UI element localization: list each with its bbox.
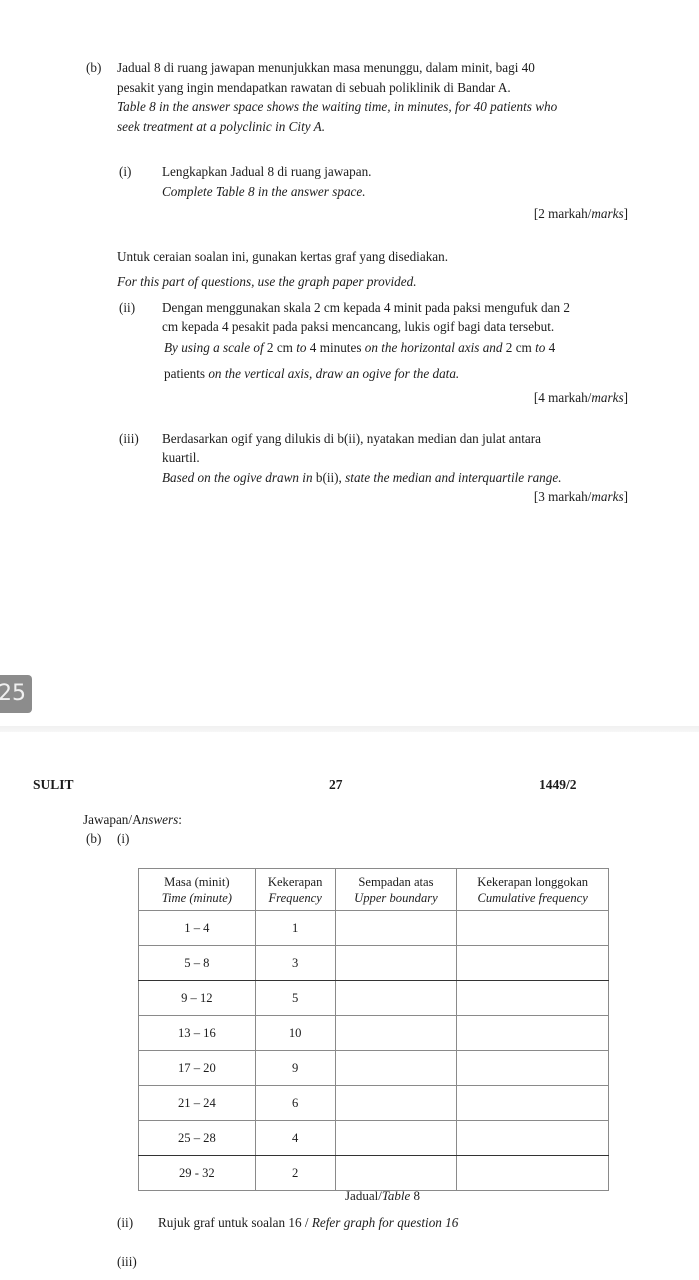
marks-word: marks bbox=[591, 390, 623, 405]
cell-upper-boundary[interactable] bbox=[335, 1086, 457, 1121]
cell-upper-boundary[interactable] bbox=[335, 911, 457, 946]
cell-time: 25 – 28 bbox=[139, 1121, 256, 1156]
cell-cumulative-frequency[interactable] bbox=[457, 911, 609, 946]
marks-suffix: ] bbox=[624, 390, 628, 405]
part-ii-ms-line2: cm kepada 4 pesakit pada paksi mencancan… bbox=[162, 318, 554, 336]
marks-word: marks bbox=[591, 489, 623, 504]
cell-time: 13 – 16 bbox=[139, 1016, 256, 1051]
intro-en-line2: seek treatment at a polyclinic in City A… bbox=[117, 118, 325, 136]
text: 4 minutes bbox=[307, 340, 365, 355]
table-row: 25 – 284 bbox=[139, 1121, 609, 1156]
part-i-marks: [2 markah/marks] bbox=[534, 206, 628, 222]
header-sulit: SULIT bbox=[33, 777, 74, 793]
cell-upper-boundary[interactable] bbox=[335, 1156, 457, 1191]
cell-frequency: 1 bbox=[255, 911, 335, 946]
part-iii-marks: [3 markah/marks] bbox=[534, 489, 628, 505]
text: patients bbox=[164, 366, 208, 381]
part-ii-marks: [4 markah/marks] bbox=[534, 390, 628, 406]
intro-en-line1: Table 8 in the answer space shows the wa… bbox=[117, 98, 557, 116]
answers-title: Jawapan/Answers: bbox=[83, 811, 182, 829]
table-row: 1 – 41 bbox=[139, 911, 609, 946]
header-cumulative-frequency: Kekerapan longgokanCumulative frequency bbox=[457, 869, 609, 911]
header-ms: Sempadan atas bbox=[358, 875, 433, 889]
cell-frequency: 3 bbox=[255, 946, 335, 981]
cell-frequency: 9 bbox=[255, 1051, 335, 1086]
answers-b-label: (b) bbox=[86, 830, 101, 848]
table-caption: Jadual/Table 8 bbox=[0, 1188, 699, 1204]
table-row: 21 – 246 bbox=[139, 1086, 609, 1121]
header-upper-boundary: Sempadan atasUpper boundary bbox=[335, 869, 457, 911]
text: Jawapan/A bbox=[83, 812, 142, 827]
text: 8 bbox=[410, 1188, 420, 1203]
cell-cumulative-frequency[interactable] bbox=[457, 1121, 609, 1156]
part-i-ms: Lengkapkan Jadual 8 di ruang jawapan. bbox=[162, 163, 371, 181]
marks-suffix: ] bbox=[624, 206, 628, 221]
text: Table bbox=[382, 1188, 410, 1203]
header-page-number: 27 bbox=[329, 777, 343, 793]
cell-cumulative-frequency[interactable] bbox=[457, 946, 609, 981]
page-number-badge: 25 bbox=[0, 675, 32, 713]
header-paper-code: 1449/2 bbox=[539, 777, 577, 793]
cell-time: 9 – 12 bbox=[139, 981, 256, 1016]
header-ms: Masa (minit) bbox=[164, 875, 229, 889]
table-8: Masa (minit)Time (minute) KekerapanFrequ… bbox=[138, 868, 609, 1191]
table-row: 29 - 322 bbox=[139, 1156, 609, 1191]
cell-upper-boundary[interactable] bbox=[335, 1121, 457, 1156]
answers-iii-label: (iii) bbox=[117, 1253, 137, 1271]
part-iii-en: Based on the ogive drawn in b(ii), state… bbox=[162, 469, 562, 487]
text: on the horizontal axis and bbox=[365, 340, 503, 355]
table-row: 9 – 125 bbox=[139, 981, 609, 1016]
header-frequency: KekerapanFrequency bbox=[255, 869, 335, 911]
header-ms: Kekerapan bbox=[268, 875, 323, 889]
header-ms: Kekerapan longgokan bbox=[477, 875, 588, 889]
cell-upper-boundary[interactable] bbox=[335, 946, 457, 981]
page-divider bbox=[0, 726, 699, 732]
cell-frequency: 2 bbox=[255, 1156, 335, 1191]
cell-time: 5 – 8 bbox=[139, 946, 256, 981]
cell-upper-boundary[interactable] bbox=[335, 981, 457, 1016]
text: state the median and interquartile range… bbox=[345, 470, 561, 485]
table-header-row: Masa (minit)Time (minute) KekerapanFrequ… bbox=[139, 869, 609, 911]
header-en: Time (minute) bbox=[162, 891, 232, 905]
cell-upper-boundary[interactable] bbox=[335, 1051, 457, 1086]
part-i-label: (i) bbox=[119, 163, 131, 181]
cell-time: 21 – 24 bbox=[139, 1086, 256, 1121]
marks-prefix: [2 markah/ bbox=[534, 206, 592, 221]
header-en: Frequency bbox=[268, 891, 321, 905]
cell-frequency: 6 bbox=[255, 1086, 335, 1121]
answers-i-label: (i) bbox=[117, 830, 129, 848]
text: : bbox=[178, 812, 182, 827]
text: nswers bbox=[142, 812, 179, 827]
marks-prefix: [3 markah/ bbox=[534, 489, 592, 504]
graph-note-ms: Untuk ceraian soalan ini, gunakan kertas… bbox=[117, 248, 448, 266]
cell-frequency: 4 bbox=[255, 1121, 335, 1156]
part-ii-label: (ii) bbox=[119, 299, 135, 317]
text: to bbox=[535, 340, 545, 355]
cell-cumulative-frequency[interactable] bbox=[457, 1016, 609, 1051]
graph-note-en: For this part of questions, use the grap… bbox=[117, 273, 417, 291]
part-iii-ms-line1: Berdasarkan ogif yang dilukis di b(ii), … bbox=[162, 430, 541, 448]
text: to bbox=[296, 340, 306, 355]
text: 2 cm bbox=[503, 340, 536, 355]
part-ii-ms-line1: Dengan menggunakan skala 2 cm kepada 4 m… bbox=[162, 299, 570, 317]
cell-time: 1 – 4 bbox=[139, 911, 256, 946]
cell-upper-boundary[interactable] bbox=[335, 1016, 457, 1051]
intro-ms-line1: Jadual 8 di ruang jawapan menunjukkan ma… bbox=[117, 59, 535, 77]
marks-prefix: [4 markah/ bbox=[534, 390, 592, 405]
text: Jadual/ bbox=[345, 1188, 382, 1203]
part-iii-label: (iii) bbox=[119, 430, 139, 448]
text: Refer graph for question 16 bbox=[312, 1215, 459, 1230]
cell-time: 17 – 20 bbox=[139, 1051, 256, 1086]
intro-ms-line2: pesakit yang ingin mendapatkan rawatan d… bbox=[117, 79, 511, 97]
cell-cumulative-frequency[interactable] bbox=[457, 1156, 609, 1191]
cell-frequency: 5 bbox=[255, 981, 335, 1016]
marks-word: marks bbox=[591, 206, 623, 221]
part-iii-ms-line2: kuartil. bbox=[162, 449, 200, 467]
part-ii-en-line2: patients on the vertical axis, draw an o… bbox=[164, 365, 459, 383]
header-en: Cumulative frequency bbox=[477, 891, 587, 905]
cell-frequency: 10 bbox=[255, 1016, 335, 1051]
header-en: Upper boundary bbox=[354, 891, 438, 905]
text: on the vertical axis, draw an ogive for … bbox=[208, 366, 459, 381]
cell-cumulative-frequency[interactable] bbox=[457, 981, 609, 1016]
text: 4 bbox=[545, 340, 555, 355]
table-row: 5 – 83 bbox=[139, 946, 609, 981]
text: By using a scale of bbox=[164, 340, 264, 355]
text: Based on the ogive drawn in bbox=[162, 470, 313, 485]
cell-cumulative-frequency[interactable] bbox=[457, 1086, 609, 1121]
text: Rujuk graf untuk soalan 16 / bbox=[158, 1215, 312, 1230]
table-row: 17 – 209 bbox=[139, 1051, 609, 1086]
text: 2 cm bbox=[264, 340, 297, 355]
part-i-en: Complete Table 8 in the answer space. bbox=[162, 183, 366, 201]
cell-cumulative-frequency[interactable] bbox=[457, 1051, 609, 1086]
table-row: 13 – 1610 bbox=[139, 1016, 609, 1051]
text: b(ii), bbox=[313, 470, 346, 485]
part-ii-en-line1: By using a scale of 2 cm to 4 minutes on… bbox=[164, 339, 555, 357]
header-time: Masa (minit)Time (minute) bbox=[139, 869, 256, 911]
marks-suffix: ] bbox=[624, 489, 628, 504]
answers-ii-label: (ii) bbox=[117, 1214, 133, 1232]
cell-time: 29 - 32 bbox=[139, 1156, 256, 1191]
question-b-label: (b) bbox=[86, 59, 101, 77]
answers-ii-text: Rujuk graf untuk soalan 16 / Refer graph… bbox=[158, 1214, 458, 1232]
